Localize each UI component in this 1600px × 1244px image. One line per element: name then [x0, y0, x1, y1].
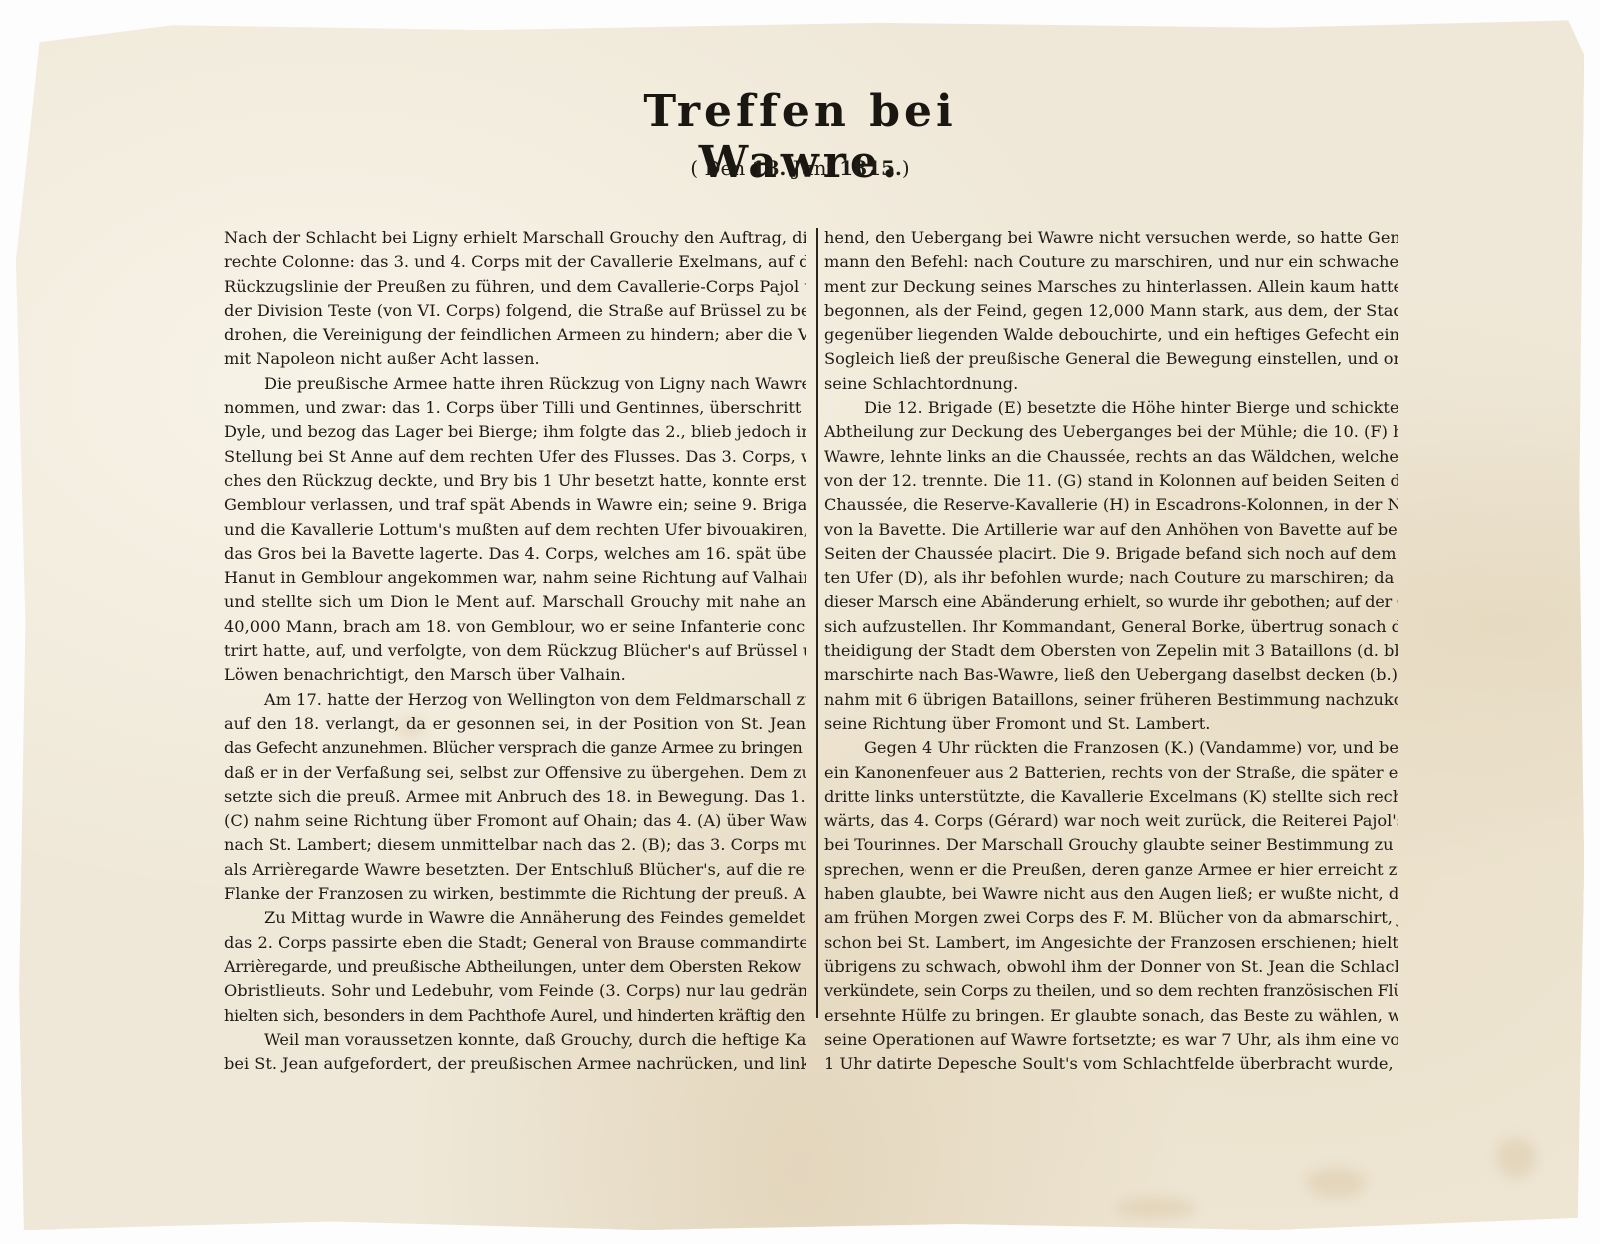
text-line: rechte Colonne: das 3. und 4. Corps mit …: [224, 250, 806, 274]
text-line: ches den Rückzug deckte, und Bry bis 1 U…: [224, 469, 806, 493]
text-line: 40,000 Mann, brach am 18. von Gemblour, …: [224, 615, 806, 639]
text-line: ein Kanonenfeuer aus 2 Batterien, rechts…: [824, 761, 1398, 785]
text-line: Hanut in Gemblour angekommen war, nahm s…: [224, 566, 806, 590]
text-line: Zu Mittag wurde in Wawre die Annäherung …: [224, 906, 806, 930]
text-line: Stellung bei St Anne auf dem rechten Ufe…: [224, 445, 806, 469]
text-line: Die preußische Armee hatte ihren Rückzug…: [224, 372, 806, 396]
text-line: Weil man voraussetzen konnte, daß Grouch…: [224, 1028, 806, 1052]
text-line: und stellte sich um Dion le Ment auf. Ma…: [224, 590, 806, 614]
text-line: dieser Marsch eine Abänderung erhielt, s…: [824, 590, 1398, 614]
text-line: nahm mit 6 übrigen Bataillons, seiner fr…: [824, 688, 1398, 712]
text-line: verkündete, sein Corps zu theilen, und s…: [824, 979, 1398, 1003]
date-suffix: ): [902, 156, 910, 180]
left-column: Nach der Schlacht bei Ligny erhielt Mars…: [224, 226, 806, 1076]
text-line: Seiten der Chaussée placirt. Die 9. Brig…: [824, 542, 1398, 566]
text-line: hielten sich, besonders in dem Pachthofe…: [224, 1004, 806, 1028]
text-line: schon bei St. Lambert, im Angesichte der…: [824, 931, 1398, 955]
text-line: trirt hatte, auf, und verfolgte, von dem…: [224, 639, 806, 663]
text-line: als Arrièregarde Wawre besetzten. Der En…: [224, 858, 806, 882]
foxing-stain: [1116, 1198, 1196, 1218]
text-line: marschirte nach Bas-Wawre, ließ den Uebe…: [824, 663, 1398, 687]
text-line: seine Operationen auf Wawre fortsetzte; …: [824, 1028, 1398, 1052]
text-line: begonnen, als der Feind, gegen 12,000 Ma…: [824, 299, 1398, 323]
foxing-stain: [1496, 1138, 1536, 1178]
column-divider: [816, 228, 818, 1018]
text-line: Am 17. hatte der Herzog von Wellington v…: [224, 688, 806, 712]
text-line: Dyle, und bezog das Lager bei Bierge; ih…: [224, 420, 806, 444]
text-line: mit Napoleon nicht außer Acht lassen.: [224, 347, 806, 371]
text-line: übrigens zu schwach, obwohl ihm der Donn…: [824, 955, 1398, 979]
date-prefix: ( Den: [690, 156, 751, 180]
text-line: Gegen 4 Uhr rückten die Franzosen (K.) (…: [824, 736, 1398, 760]
text-line: wärts, das 4. Corps (Gérard) war noch we…: [824, 809, 1398, 833]
text-line: sich aufzustellen. Ihr Kommandant, Gener…: [824, 615, 1398, 639]
text-line: ment zur Deckung seines Marsches zu hint…: [824, 275, 1398, 299]
text-line: der Division Teste (von VI. Corps) folge…: [224, 299, 806, 323]
date-year: 1815.: [839, 156, 902, 180]
text-line: setzte sich die preuß. Armee mit Anbruch…: [224, 785, 806, 809]
text-line: seine Schlachtordnung.: [824, 372, 1398, 396]
text-line: am frühen Morgen zwei Corps des F. M. Bl…: [824, 906, 1398, 930]
text-line: mann den Befehl: nach Couture zu marschi…: [824, 250, 1398, 274]
text-line: bei St. Jean aufgefordert, der preußisch…: [224, 1052, 806, 1076]
text-line: Die 12. Brigade (E) besetzte die Höhe hi…: [824, 396, 1398, 420]
text-line: haben glaubte, bei Wawre nicht aus den A…: [824, 882, 1398, 906]
text-line: ersehnte Hülfe zu bringen. Er glaubte so…: [824, 1004, 1398, 1028]
text-line: Obristlieuts. Sohr und Ledebuhr, vom Fei…: [224, 979, 806, 1003]
text-line: und die Kavallerie Lottum's mußten auf d…: [224, 518, 806, 542]
text-line: (C) nahm seine Richtung über Fromont auf…: [224, 809, 806, 833]
text-line: seine Richtung über Fromont und St. Lamb…: [824, 712, 1398, 736]
date-day: 18.: [752, 156, 787, 180]
text-line: das 2. Corps passirte eben die Stadt; Ge…: [224, 931, 806, 955]
text-line: das Gefecht anzunehmen. Blücher versprac…: [224, 736, 806, 760]
text-line: Rückzugslinie der Preußen zu führen, und…: [224, 275, 806, 299]
right-column: hend, den Uebergang bei Wawre nicht vers…: [824, 226, 1398, 1076]
text-line: Chaussée, die Reserve-Kavallerie (H) in …: [824, 493, 1398, 517]
text-line: Arrièregarde, und preußische Abtheilunge…: [224, 955, 806, 979]
text-line: auf den 18. verlangt, da er gesonnen sei…: [224, 712, 806, 736]
text-line: Nach der Schlacht bei Ligny erhielt Mars…: [224, 226, 806, 250]
text-line: Sogleich ließ der preußische General die…: [824, 347, 1398, 371]
text-line: nommen, und zwar: das 1. Corps über Till…: [224, 396, 806, 420]
text-line: das Gros bei la Bavette lagerte. Das 4. …: [224, 542, 806, 566]
text-line: theidigung der Stadt dem Obersten von Ze…: [824, 639, 1398, 663]
text-line: gegenüber liegenden Walde debouchirte, u…: [824, 323, 1398, 347]
date-line: ( Den 18. Juni 1815.): [560, 156, 1040, 180]
text-line: Flanke der Franzosen zu wirken, bestimmt…: [224, 882, 806, 906]
text-line: drohen, die Vereinigung der feindlichen …: [224, 323, 806, 347]
text-line: Wawre, lehnte links an die Chaussée, rec…: [824, 445, 1398, 469]
text-line: von der 12. trennte. Die 11. (G) stand i…: [824, 469, 1398, 493]
text-line: bei Tourinnes. Der Marschall Grouchy gla…: [824, 833, 1398, 857]
text-line: daß er in der Verfaßung sei, selbst zur …: [224, 761, 806, 785]
date-month: Juni: [786, 156, 839, 180]
text-line: nach St. Lambert; diesem unmittelbar nac…: [224, 833, 806, 857]
text-line: Abtheilung zur Deckung des Ueberganges b…: [824, 420, 1398, 444]
text-line: Löwen benachrichtigt, den Marsch über Va…: [224, 663, 806, 687]
text-line: ten Ufer (D), als ihr befohlen wurde; na…: [824, 566, 1398, 590]
text-line: Gemblour verlassen, und traf spät Abends…: [224, 493, 806, 517]
text-line: 1 Uhr datirte Depesche Soult's vom Schla…: [824, 1052, 1398, 1076]
text-line: hend, den Uebergang bei Wawre nicht vers…: [824, 226, 1398, 250]
text-line: von la Bavette. Die Artillerie war auf d…: [824, 518, 1398, 542]
text-line: sprechen, wenn er die Preußen, deren gan…: [824, 858, 1398, 882]
text-line: dritte links unterstützte, die Kavalleri…: [824, 785, 1398, 809]
foxing-stain: [1306, 1168, 1366, 1198]
